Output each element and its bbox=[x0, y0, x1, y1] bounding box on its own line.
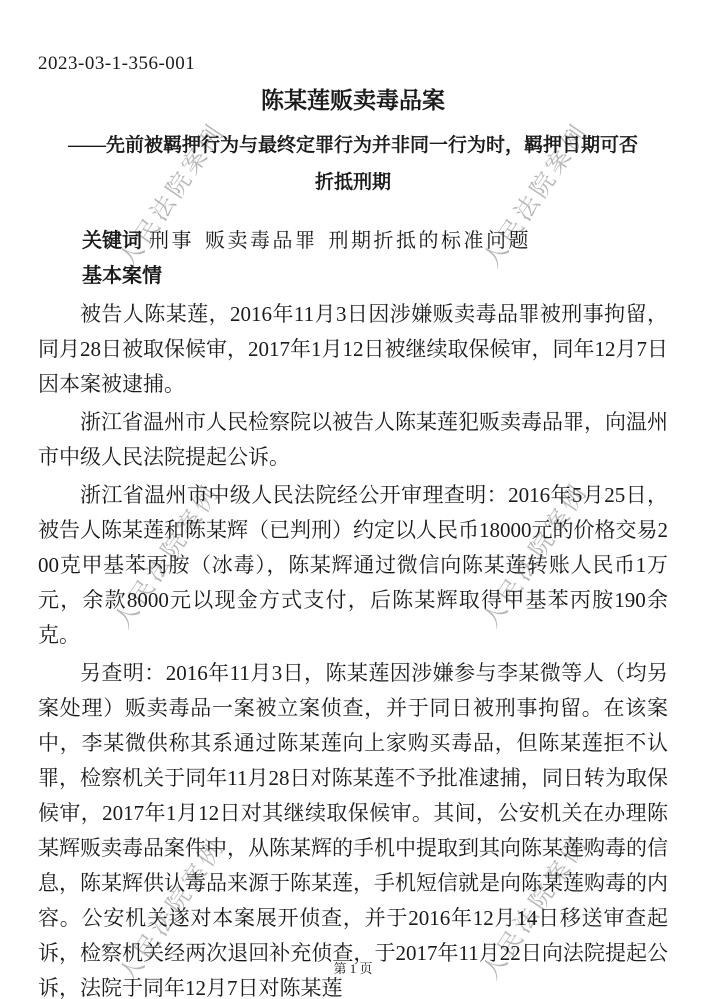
paragraph-detention-history: 被告人陈某莲，2016年11月3日因涉嫌贩卖毒品罪被刑事拘留，同月28日被取保候… bbox=[38, 297, 668, 402]
paragraph-additional-findings: 另查明：2016年11月3日，陈某莲因涉嫌参与李某微等人（均另案处理）贩卖毒品一… bbox=[38, 656, 668, 999]
keyword-item: 刑事 bbox=[149, 230, 194, 252]
paragraph-prosecution: 浙江省温州市人民检察院以被告人陈某莲犯贩卖毒品罪，向温州市中级人民法院提起公诉。 bbox=[38, 405, 668, 475]
page-footer: 第 1 页 bbox=[0, 958, 706, 977]
case-title: 陈某莲贩卖毒品案 bbox=[38, 87, 668, 114]
keyword-item: 贩卖毒品罪 bbox=[205, 230, 318, 252]
section-heading-basic-facts: 基本案情 bbox=[38, 259, 668, 294]
case-reference-number: 2023-03-1-356-001 bbox=[38, 53, 668, 75]
keyword-item: 刑期折抵的标准问题 bbox=[329, 230, 532, 252]
keywords-label: 关键词 bbox=[82, 230, 142, 252]
document-content: 2023-03-1-356-001 陈某莲贩卖毒品案 ——先前被羁押行为与最终定… bbox=[0, 0, 706, 999]
case-subtitle: ——先前被羁押行为与最终定罪行为并非同一行为时，羁押日期可否折抵刑期 bbox=[62, 127, 644, 201]
page-number: 第 1 页 bbox=[333, 961, 372, 976]
keywords-line: 关键词刑事贩卖毒品罪刑期折抵的标准问题 bbox=[38, 224, 668, 259]
paragraph-trial-findings: 浙江省温州市中级人民法院经公开审理查明：2016年5月25日，被告人陈某莲和陈某… bbox=[38, 478, 668, 653]
document-page: 人民法院案例 人民法院案例 人民法院案例 人民法院案例 人民法院案例 人民法院案… bbox=[0, 0, 706, 999]
